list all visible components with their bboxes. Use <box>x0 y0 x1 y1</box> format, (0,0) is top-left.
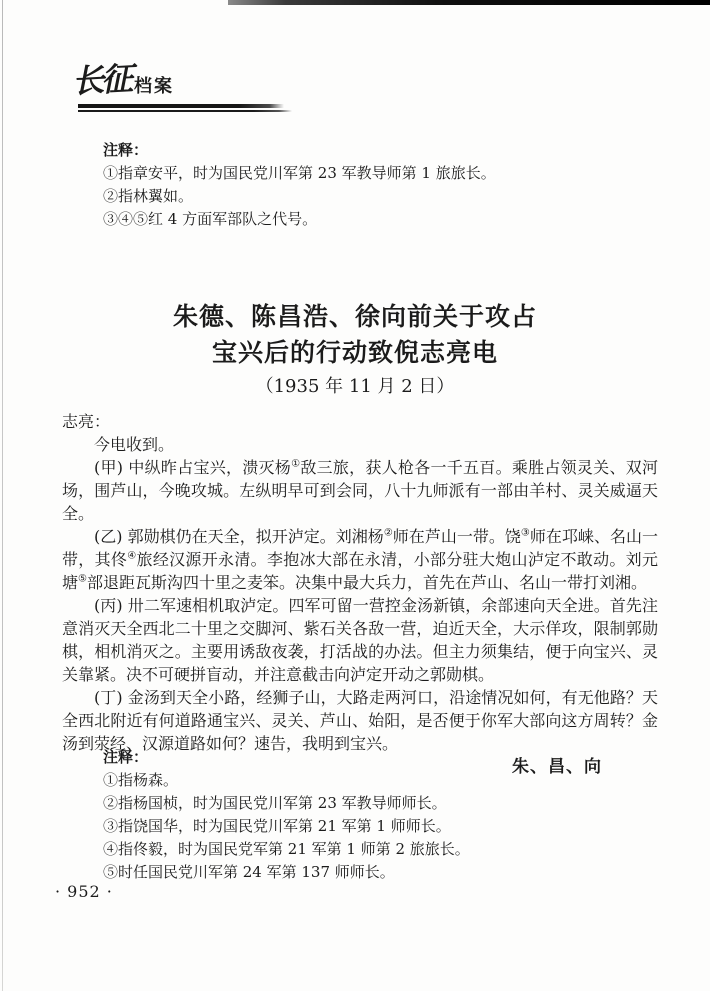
bottom-notes-block: 注释： ①指杨森。 ②指杨国桢，时为国民党川军第 23 军教导师师长。 ③指饶国… <box>103 746 470 884</box>
body-paragraph: (丙) 卅二军速相机取泸定。四军可留一营控金汤新镇，余部速向天全进。首先注意消灭… <box>62 594 658 686</box>
scanned-book-page: 长征 档案 注释： ①指章安平，时为国民党川军第 23 军教导师第 1 旅旅长。… <box>0 0 710 991</box>
note-item: ③指饶国华，时为国民党川军第 21 军第 1 师师长。 <box>103 815 470 838</box>
body-paragraph: (丁) 金汤到天全小路，经狮子山，大路走两河口，沿途情况如何，有无他路？天全西北… <box>62 686 658 755</box>
note-item: ①指杨森。 <box>103 769 470 792</box>
note-item: ③④⑤红 4 方面军部队之代号。 <box>103 208 496 231</box>
document-title-line2: 宝兴后的行动致倪志亮电 <box>0 335 710 371</box>
notes-heading: 注释： <box>103 746 470 769</box>
logo-underline-thick <box>78 104 284 108</box>
document-body: 志亮： 今电收到。 (甲) 中纵昨占宝兴，溃灭杨①敌三旅，获人枪各一千五百。乘胜… <box>62 410 658 778</box>
body-paragraph: (乙) 郭勋棋仍在天全，拟开泸定。刘湘杨②师在芦山一带。饶③师在邛崃、名山一带，… <box>62 525 658 594</box>
body-paragraph: 今电收到。 <box>62 433 658 456</box>
salutation: 志亮： <box>62 410 658 433</box>
note-item: ②指杨国桢，时为国民党川军第 23 军教导师师长。 <box>103 792 470 815</box>
logo-label-text: 档案 <box>134 77 174 95</box>
scan-artifact-top-edge <box>228 0 710 5</box>
page-number: · 952 · <box>55 882 113 901</box>
document-date: （1935 年 11 月 2 日） <box>0 372 710 398</box>
document-title-line1: 朱德、陈昌浩、徐向前关于攻占 <box>0 299 710 335</box>
note-item: ④指佟毅，时为国民党军第 21 军第 1 师第 2 旅旅长。 <box>103 838 470 861</box>
series-logo: 长征 档案 <box>72 64 174 96</box>
logo-underline-thin <box>78 110 292 112</box>
note-item: ⑤时任国民党川军第 24 军第 137 师师长。 <box>103 861 470 884</box>
notes-heading: 注释： <box>103 139 496 162</box>
note-item: ①指章安平，时为国民党川军第 23 军教导师第 1 旅旅长。 <box>103 162 496 185</box>
document-title: 朱德、陈昌浩、徐向前关于攻占 宝兴后的行动致倪志亮电 <box>0 299 710 371</box>
logo-calligraphy-text: 长征 <box>71 63 131 98</box>
scan-artifact-left-edge <box>2 0 3 991</box>
note-item: ②指林翼如。 <box>103 185 496 208</box>
body-paragraph: (甲) 中纵昨占宝兴，溃灭杨①敌三旅，获人枪各一千五百。乘胜占领灵关、双河场，围… <box>62 456 658 525</box>
top-notes-block: 注释： ①指章安平，时为国民党川军第 23 军教导师第 1 旅旅长。 ②指林翼如… <box>103 139 496 231</box>
